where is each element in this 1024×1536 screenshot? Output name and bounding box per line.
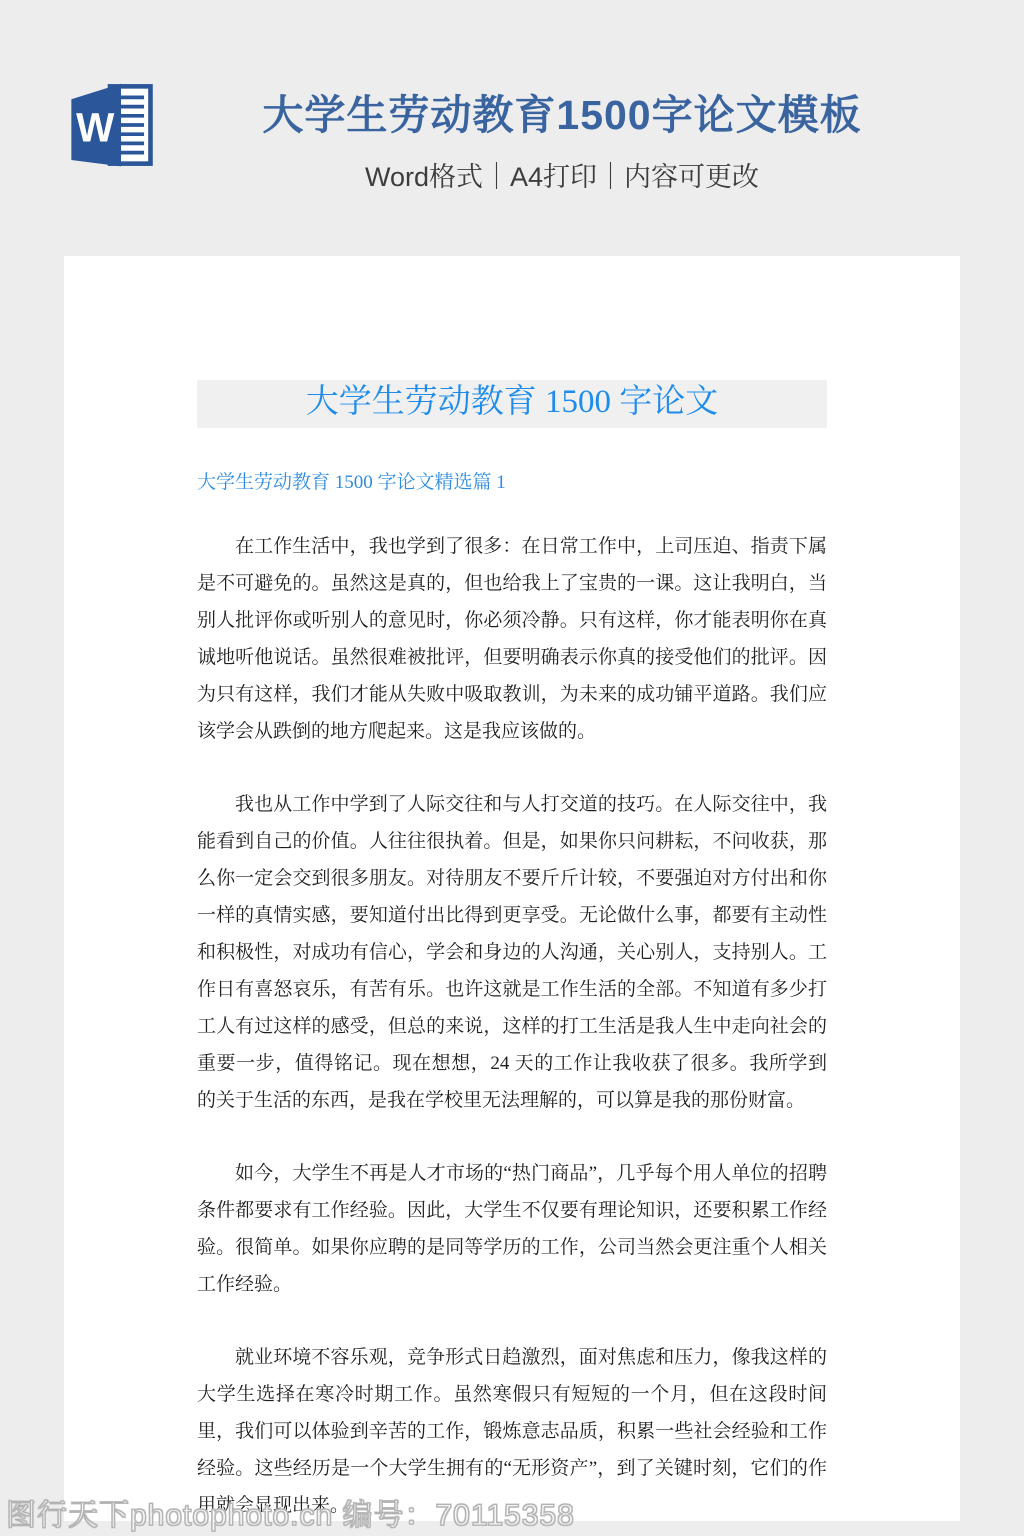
doc-paragraph: 如今，大学生不再是人才市场的“热门商品”，几乎每个用人单位的招聘条件都要求有工作… bbox=[197, 1155, 827, 1303]
template-title: 大学生劳动教育1500字论文模板 bbox=[160, 92, 964, 139]
doc-paragraph: 在工作生活中，我也学到了很多：在日常工作中，上司压迫、指责下属是不可避免的。虽然… bbox=[197, 528, 827, 750]
word-icon: W bbox=[64, 78, 156, 172]
template-subtitle: Word格式｜A4打印｜内容可更改 bbox=[160, 155, 964, 194]
site-header: W 大学生劳动教育1500字论文模板 Word格式｜A4打印｜内容可更改 bbox=[0, 0, 1024, 256]
doc-title-highlight: 大学生劳动教育 1500 字论文 bbox=[197, 380, 827, 428]
document-page: 大学生劳动教育 1500 字论文 大学生劳动教育 1500 字论文精选篇 1 在… bbox=[64, 256, 960, 1521]
word-logo-letter: W bbox=[76, 105, 115, 151]
site-watermark: 图行天下photophoto.cn 编号：70115358 bbox=[6, 1490, 575, 1534]
doc-paragraph: 我也从工作中学到了人际交往和与人打交道的技巧。在人际交往中，我能看到自己的价值。… bbox=[197, 786, 827, 1119]
word-logo-icon: W bbox=[64, 78, 156, 172]
doc-body: 在工作生活中，我也学到了很多：在日常工作中，上司压迫、指责下属是不可避免的。虽然… bbox=[197, 528, 827, 1524]
doc-title: 大学生劳动教育 1500 字论文 bbox=[197, 380, 827, 424]
header-text: 大学生劳动教育1500字论文模板 Word格式｜A4打印｜内容可更改 bbox=[160, 92, 964, 194]
section-link: 大学生劳动教育 1500 字论文精选篇 1 bbox=[197, 470, 827, 496]
